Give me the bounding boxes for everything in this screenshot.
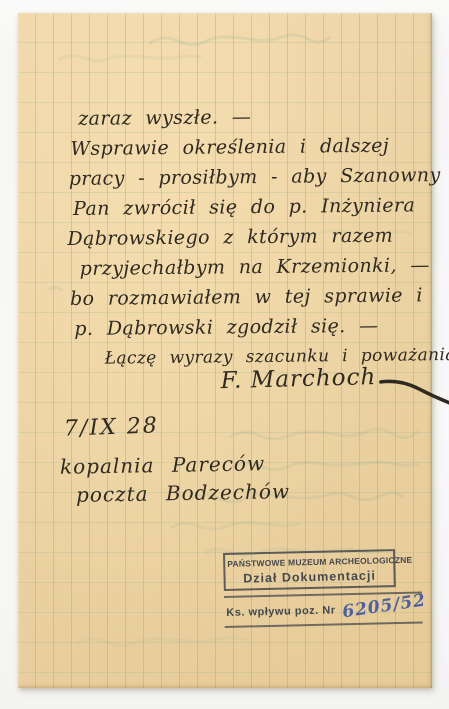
letter-line: Wsprawie określenia i dalszej (70, 130, 430, 164)
stamp-department: Dział Dokumentacji (227, 568, 391, 586)
museum-stamp: PAŃSTWOWE MUZEUM ARCHEOLOGICZNE Dział Do… (223, 548, 430, 628)
letter-line: pracy - prosiłbym - aby Szanowny (69, 160, 431, 194)
letter-body: zaraz wyszłe. — Wsprawie określenia i da… (70, 100, 433, 374)
stamp-register-label: Ks. wpływu poz. Nr (226, 604, 335, 618)
letter-line: Pan zwrócił się do p. Inżyniera (73, 190, 431, 224)
letter-line: Dąbrowskiego z którym razem (67, 220, 431, 254)
stamp-institution: PAŃSTWOWE MUZEUM ARCHEOLOGICZNE (227, 555, 391, 569)
signature: F. Marchoch (220, 362, 449, 416)
letter-line: bo rozmawiałem w tej sprawie i (70, 280, 432, 314)
letter-line: p. Dąbrowski zgodził się. — (74, 310, 432, 344)
letter-paper: zaraz wyszłe. — Wsprawie określenia i da… (18, 13, 432, 688)
letter-date: 7/IX 28 (64, 413, 160, 441)
stamp-border-box: PAŃSTWOWE MUZEUM ARCHEOLOGICZNE Dział Do… (223, 549, 396, 591)
stamp-register-number: 6205/52 (341, 590, 427, 622)
address-line-mine: kopalnia Pareców (60, 451, 265, 479)
letter-line: zaraz wyszłe. — (78, 100, 430, 134)
signature-name: F. Marchoch (220, 364, 376, 394)
address-line-post: poczta Bodzechów (76, 479, 290, 507)
scan-background: zaraz wyszłe. — Wsprawie określenia i da… (0, 0, 449, 709)
letter-line: przyjechałbym na Krzemionki, — (80, 250, 432, 284)
stamp-register-row: Ks. wpływu poz. Nr 6205/52 (224, 591, 423, 627)
signature-flourish (378, 376, 449, 412)
